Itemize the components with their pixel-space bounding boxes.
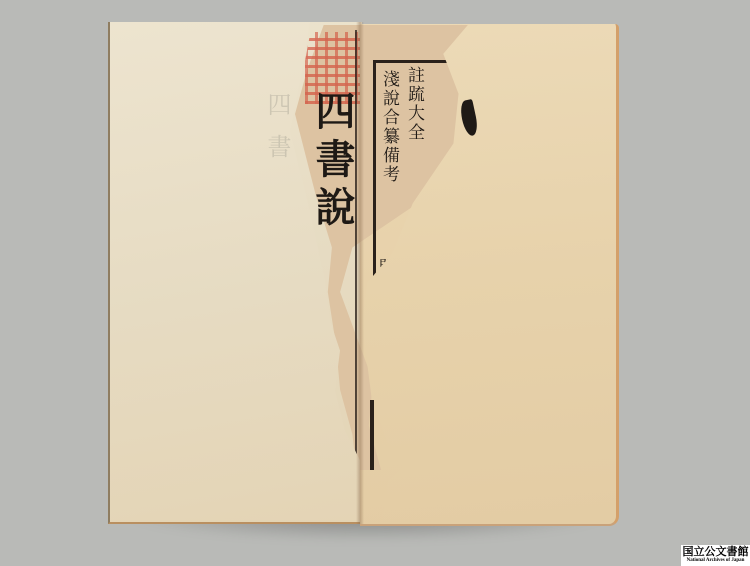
book-title: 四書說	[312, 90, 352, 234]
book-gutter	[356, 22, 364, 524]
bleed-through-text: 四書	[260, 92, 295, 176]
open-book: 四書說 註䟽大全 淺說合纂備考 門 四書 說約 合纂	[0, 0, 750, 566]
watermark-japanese: 国立公文書館	[681, 546, 750, 557]
print-border-line	[370, 400, 374, 470]
watermark-english: National Archives of Japan	[681, 558, 750, 563]
subtitle-column-right: 註䟽大全	[405, 66, 422, 142]
archive-watermark: 国立公文書館 National Archives of Japan	[681, 545, 750, 566]
subtitle-column-left: 淺說合纂備考	[380, 70, 397, 184]
photo-scene: 四書說 註䟽大全 淺說合纂備考 門 四書 說約 合纂 国立公文書館 Nation…	[0, 0, 750, 566]
print-border-line	[373, 62, 376, 277]
